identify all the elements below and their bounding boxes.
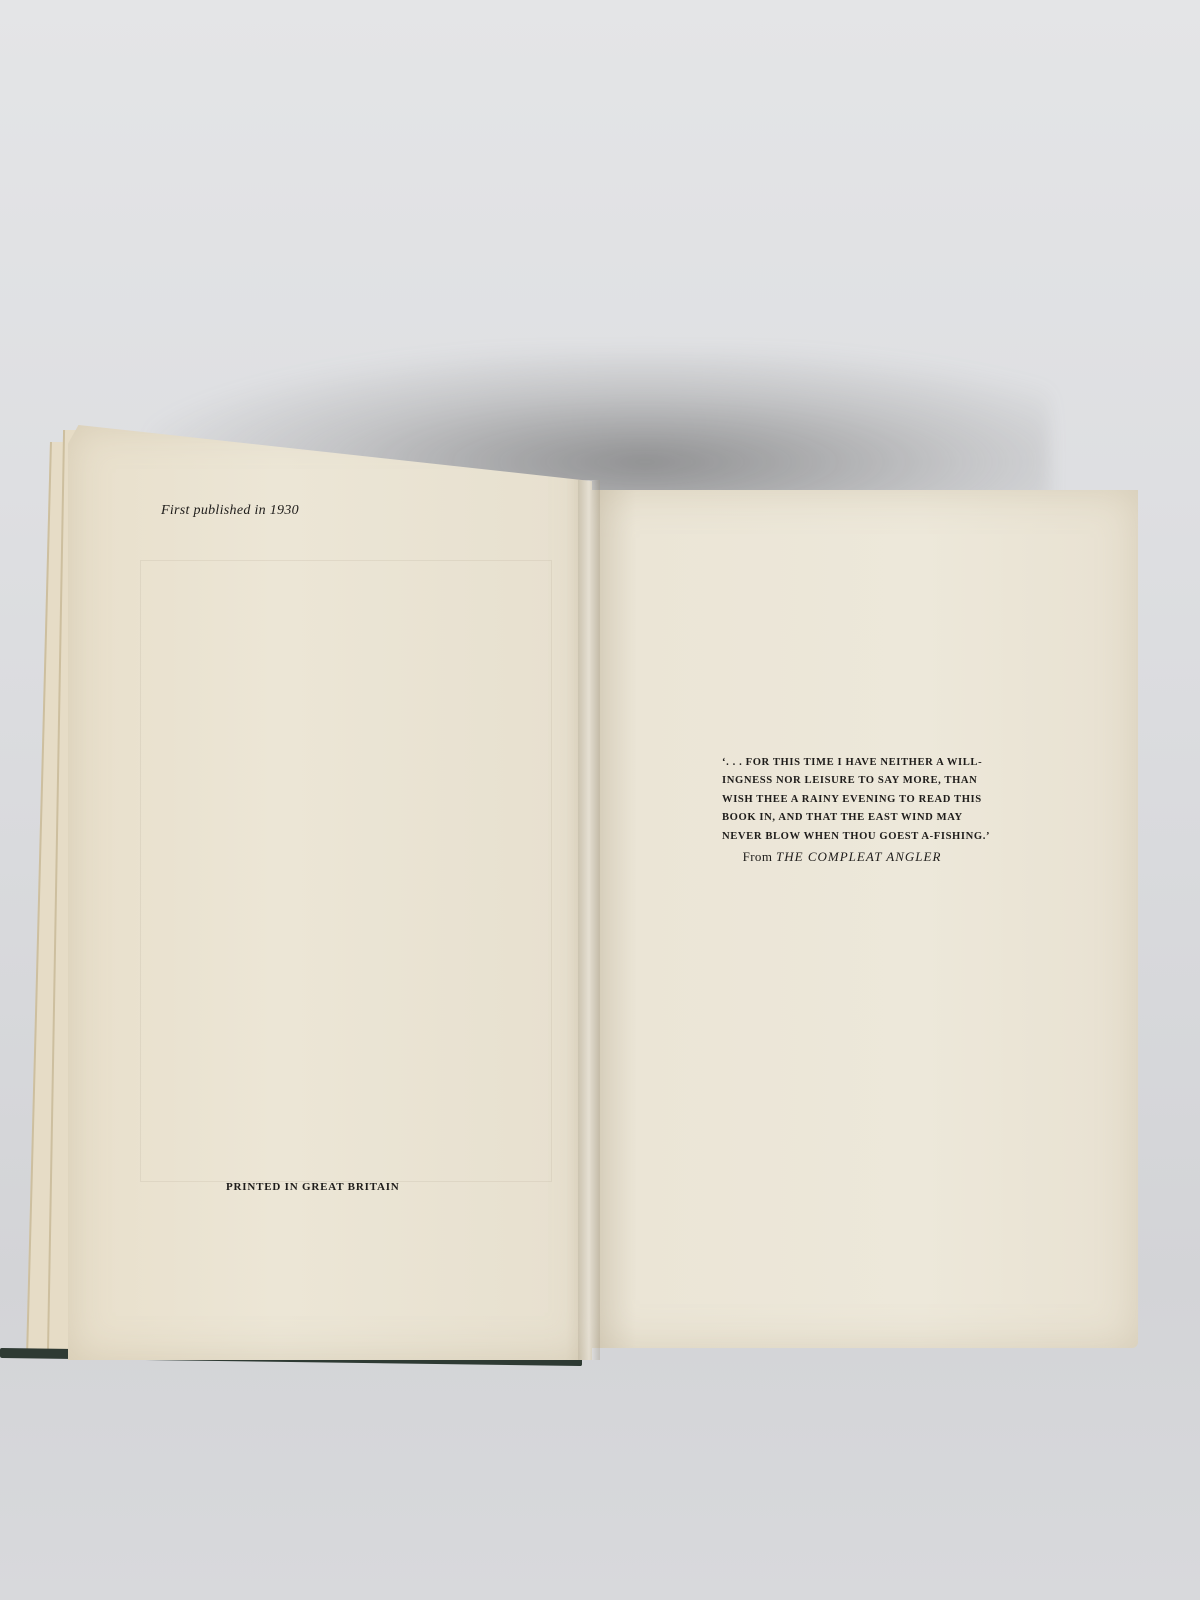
epigraph-line: NEVER BLOW WHEN THOU GOEST A-FISHING.’ xyxy=(722,828,962,846)
epigraph-line: ‘. . . FOR THIS TIME I HAVE NEITHER A WI… xyxy=(722,754,962,772)
book-gutter xyxy=(578,480,600,1360)
right-page xyxy=(592,490,1138,1348)
printer-note: PRINTED IN GREAT BRITAIN xyxy=(226,1181,400,1193)
epigraph-line: WISH THEE A RAINY EVENING TO READ THIS xyxy=(722,791,962,809)
attribution-prefix: From xyxy=(743,849,773,864)
epigraph-line: INGNESS NOR LEISURE TO SAY MORE, THAN xyxy=(722,772,962,790)
show-through-print xyxy=(140,560,552,1182)
publication-note: First published in 1930 xyxy=(161,503,299,519)
attribution-title: THE COMPLEAT ANGLER xyxy=(776,849,941,864)
epigraph-attribution: From THE COMPLEAT ANGLER xyxy=(722,849,962,865)
epigraph-line: BOOK IN, AND THAT THE EAST WIND MAY xyxy=(722,809,962,827)
epigraph: ‘. . . FOR THIS TIME I HAVE NEITHER A WI… xyxy=(722,754,962,846)
